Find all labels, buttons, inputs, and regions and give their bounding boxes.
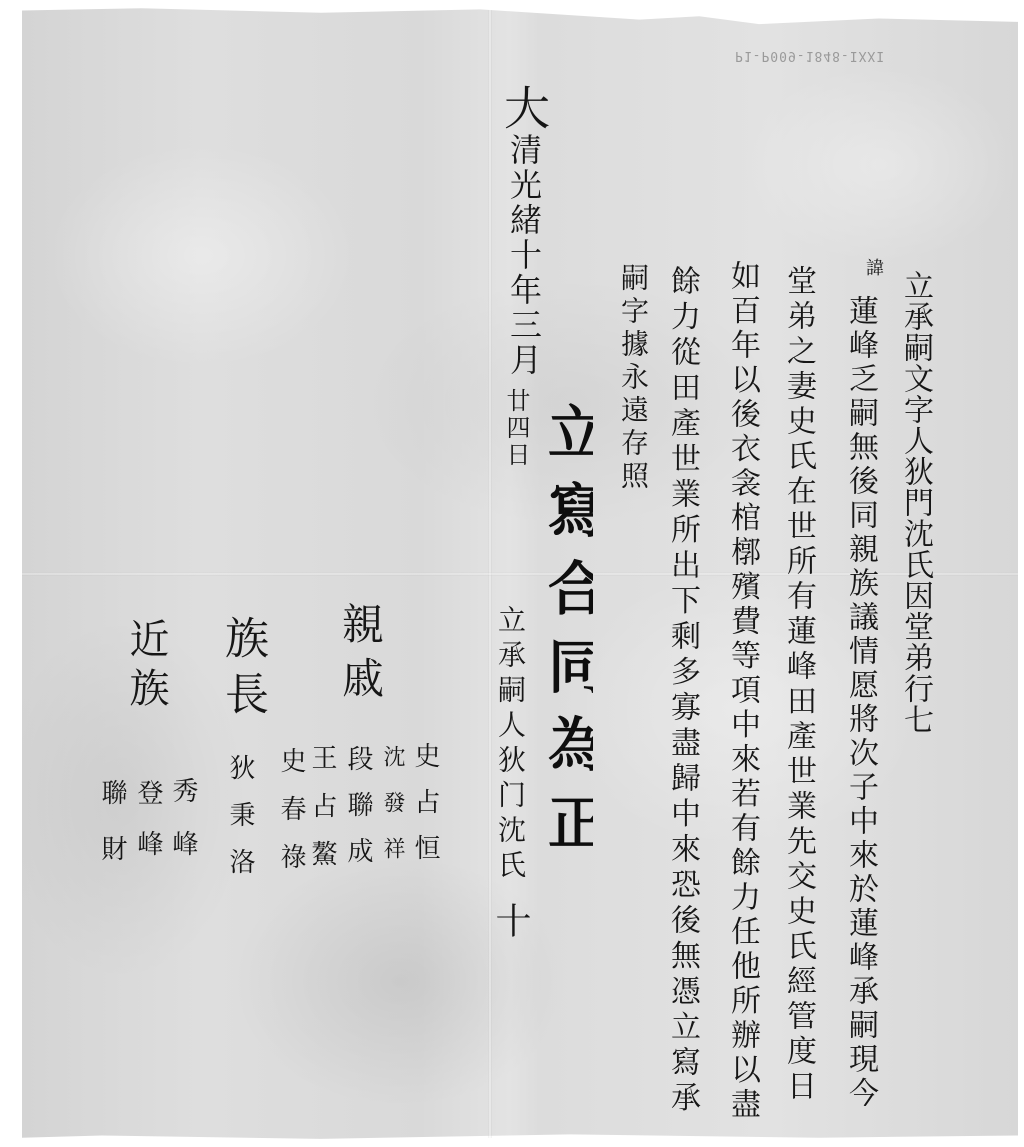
seam-half-characters: 立寫合同為正 — [543, 402, 593, 892]
archive-mark: P1-P009-1848-IXXI — [735, 48, 885, 63]
honorific-mark: 諱 — [864, 258, 882, 276]
clan-elder-label: 族長 — [220, 615, 264, 727]
close-clan-label: 近族 — [126, 618, 166, 716]
body-column-2: 蓮峰乏嗣無後同親族議情愿將次子中來於蓮峰承嗣現今 — [845, 295, 875, 1111]
witness-name: 史占恒 — [412, 742, 438, 880]
body-column-6: 嗣字據永遠存照 — [619, 263, 647, 494]
witness-name: 段聯成 — [345, 745, 371, 883]
witness-name: 王占鰲 — [309, 744, 335, 888]
signatory-label: 立承嗣人狄门沈氏 — [496, 605, 524, 885]
signatory-mark: 十 — [492, 902, 528, 938]
body-column-3: 堂弟之妻史氏在世所有蓮峰田產世業先交史氏經管度日 — [783, 265, 813, 1105]
witness-name: 登峰 — [135, 779, 161, 881]
witness-name: 史春祿 — [278, 747, 304, 891]
witness-name: 秀峰 — [170, 777, 196, 883]
witness-name: 聯財 — [99, 779, 125, 891]
date-day: 廿四日 — [504, 388, 528, 469]
seam-text: 立寫合同為正 — [543, 402, 593, 870]
body-column-4: 如百年以後衣衾棺槨殯費等項中來若有餘力任他所辦以盡 — [727, 260, 757, 1123]
body-column-5: 餘力從田產世業所出下剩多寡盡歸中來恐後無憑立寫承 — [667, 265, 697, 1117]
body-column-1: 立承嗣文字人狄門沈氏因堂弟行七 — [900, 270, 930, 735]
witness-name: 狄秉洛 — [227, 754, 253, 895]
witness-name: 沈發祥 — [381, 745, 403, 883]
date-era-year-month: 大清光緒十年三月 — [501, 84, 547, 378]
relatives-label: 親戚 — [339, 602, 381, 710]
